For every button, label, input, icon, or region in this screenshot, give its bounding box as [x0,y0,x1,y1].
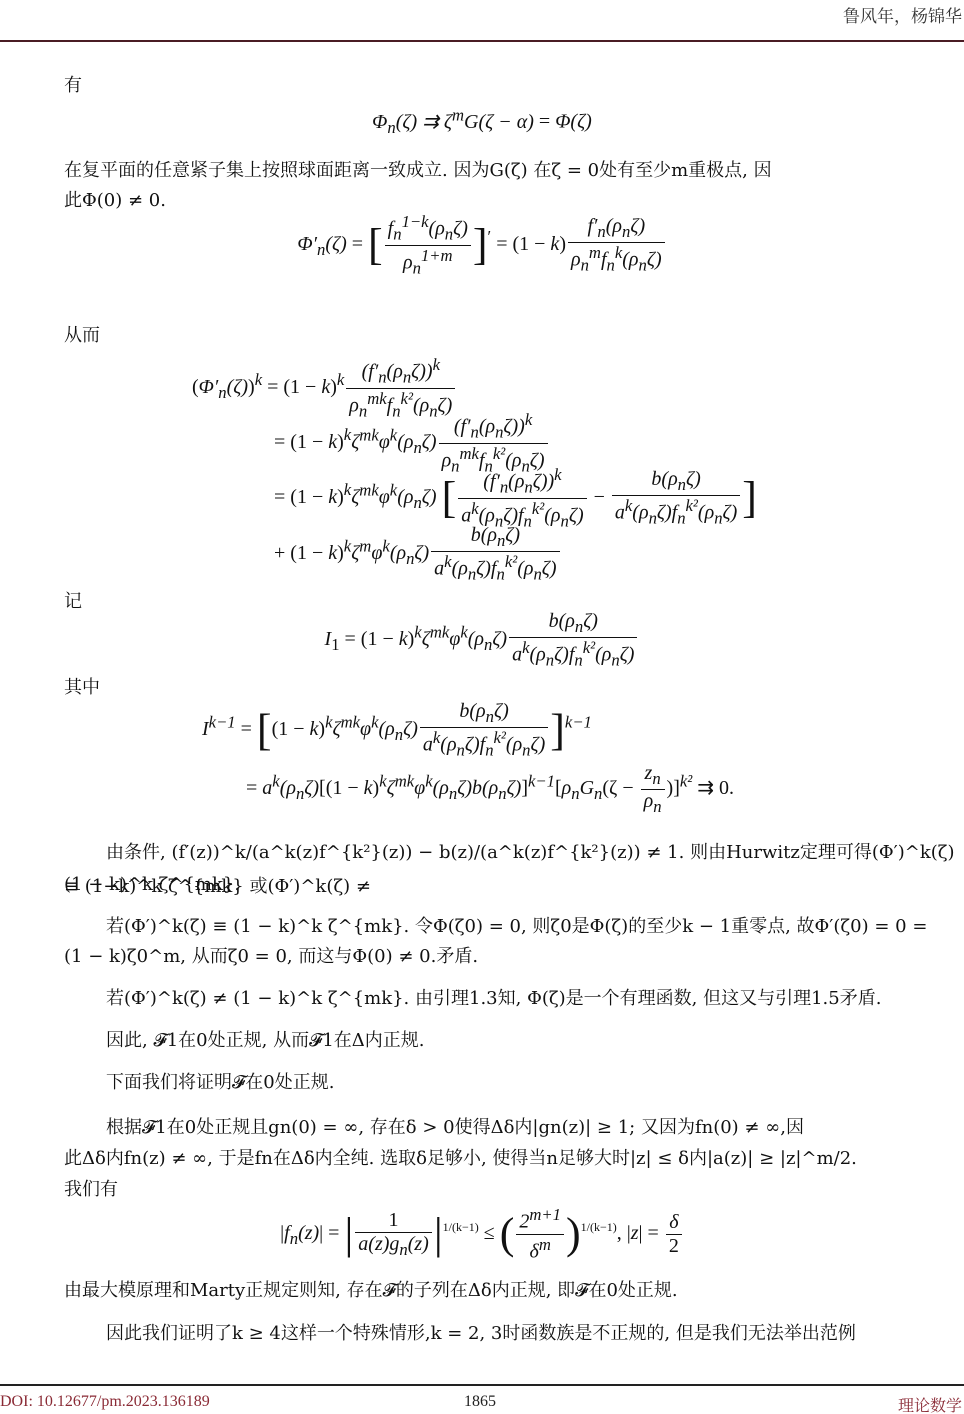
footer-rule [0,1384,964,1386]
paragraph-1: 在复平面的任意紧子集上按照球面距离一致成立. 因为G(ζ) 在ζ = 0处有至少… [64,156,962,216]
equation-6: |fn(z)| = |1a(z)gn(z)|1/(k−1) ≤ (2m+1δm)… [0,1205,964,1263]
equation-5-line-2: = ak(ρnζ)[(1 − k)kζmkφk(ρnζ)b(ρnζ)]k−1[ρ… [246,762,734,817]
paragraph-4: 若(Φ′)^k(ζ) ≠ (1 − k)^k ζ^{mk}. 由引理1.3知, … [64,985,962,1014]
paragraph-1-line-1: 在复平面的任意紧子集上按照球面距离一致成立. 因为G(ζ) 在ζ = 0处有至少… [64,156,962,186]
paragraph-8: 由最大模原理和Marty正规定则知, 存在𝓕的子列在Δδ内正规, 即𝓕在0处正规… [64,1277,962,1306]
equation-5-line-1: Ik−1 = [(1 − k)kζmkφk(ρnζ)b(ρnζ)ak(ρnζ)f… [202,700,592,761]
paragraph-7-line-3: 我们有 [64,1174,962,1205]
text-you: 有 [64,72,962,101]
equation-3-line-4: + (1 − k)kζmφk(ρnζ)b(ρnζ)ak(ρnζ)fnk²(ρnζ… [274,524,562,585]
text-congEr: 从而 [64,322,962,351]
equation-3-line-3: = (1 − k)kζmkφk(ρnζ) [(f′n(ρnζ))kak(ρnζ)… [274,465,757,531]
header-rule [0,40,964,42]
paragraph-7: 根据𝓕1在0处正规且gn(0) = ∞, 存在δ > 0使得Δδ内|gn(z)|… [64,1112,962,1205]
doi-link[interactable]: DOI: 10.12677/pm.2023.136189 [0,1393,210,1411]
equation-2: Φ′n(ζ) = [fn1−k(ρnζ)ρn1+m]′ = (1 − k)f′n… [0,212,964,278]
paragraph-6: 下面我们将证明𝓕在0处正规. [64,1069,962,1098]
text-qizhong: 其中 [64,674,962,703]
equation-4: I1 = (1 − k)kζmkφk(ρnζ)b(ρnζ)ak(ρnζ)fnk²… [0,610,964,671]
paragraph-5: 因此, 𝓕1在0处正规, 从而𝓕1在Δ内正规. [64,1027,962,1056]
page-number: 1865 [464,1393,496,1411]
paragraph-2-cont: (1 − k)^k ζ^{mk}. [64,870,962,900]
paragraph-9: 因此我们证明了k ≥ 4这样一个特殊情形,k = 2, 3时函数族是不正规的, … [64,1320,962,1349]
paragraph-3-line-1: 若(Φ′)^k(ζ) ≡ (1 − k)^k ζ^{mk}. 令Φ(ζ0) = … [64,912,962,942]
paragraph-2-line-2: (1 − k)^k ζ^{mk}. [64,870,962,900]
paragraph-3: 若(Φ′)^k(ζ) ≡ (1 − k)^k ζ^{mk}. 令Φ(ζ0) = … [64,912,962,972]
header-authors: 鲁风年，杨锦华 [843,2,962,27]
journal-name: 理论数学 [898,1393,962,1414]
equation-1: Φn(ζ) ⇉ ζmG(ζ − α) = Φ(ζ) [0,105,964,138]
paragraph-7-line-1: 根据𝓕1在0处正规且gn(0) = ∞, 存在δ > 0使得Δδ内|gn(z)|… [64,1112,962,1143]
paragraph-7-line-2: 此Δδ内fn(z) ≠ ∞, 于是fn在Δδ内全纯. 选取δ足够小, 使得当n足… [64,1143,962,1174]
paragraph-3-line-2: (1 − k)ζ0^m, 从而ζ0 = 0, 而这与Φ(0) ≠ 0.矛盾. [64,942,962,972]
